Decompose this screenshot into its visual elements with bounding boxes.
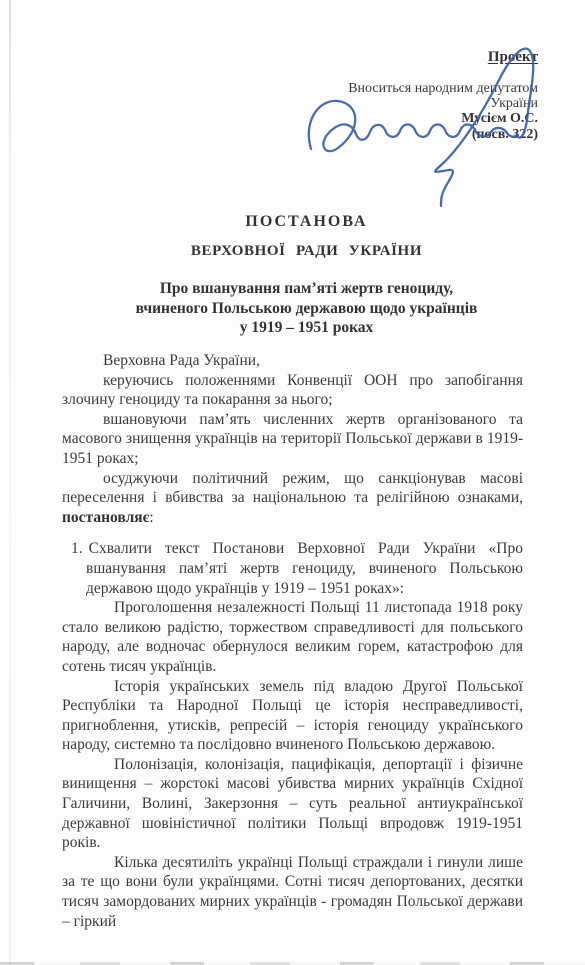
text-segment: Полонізація, колонізація, пацифікація, д… (62, 756, 523, 851)
document-body: Верховна Рада України,керуючись положенн… (62, 351, 523, 931)
paragraph: Кілька десятиліть українці Польщі стражд… (62, 853, 523, 931)
text-segment: вшановуючи пам’ять численних жертв орган… (62, 411, 523, 467)
text-segment: осуджуючи політичний режим, що санкціону… (62, 470, 523, 507)
text-segment: Верховна Рада України, (103, 352, 260, 369)
text-segment: : (149, 509, 153, 526)
scan-edge-left (9, 0, 11, 965)
text-segment: Схвалити текст Постанови Верховної Ради … (86, 540, 523, 596)
submission-line-1: Вноситься народним депутатом (348, 81, 538, 96)
paragraph: вшановуючи пам’ять численних жертв орган… (62, 410, 523, 469)
document-page: Проект Вноситься народним депутатом Укра… (0, 0, 585, 965)
text-segment: керуючись положеннями Конвенції ООН про … (62, 372, 523, 409)
paragraph: 1.Схвалити текст Постанови Верховної Рад… (86, 539, 523, 598)
draft-label: Проект (488, 49, 538, 66)
deputy-name: Мусієм О.С. (348, 111, 538, 126)
emphasized-text: постановляє (62, 509, 149, 526)
submission-line-2: України (348, 96, 538, 111)
paragraph: Історія українських земель під владою Др… (62, 677, 523, 755)
text-segment: Історія українських земель під владою Др… (62, 678, 523, 754)
paragraph: Верховна Рада України, (62, 351, 523, 371)
subject-line: Про вшанування пам’яті жертв геноциду, (28, 279, 585, 299)
paragraph: Проголошення незалежності Польщі 11 лист… (62, 598, 523, 676)
authority-title: ВЕРХОВНОЇ РАДИ УКРАЇНИ (28, 243, 585, 260)
document-subject: Про вшанування пам’яті жертв геноциду,вч… (28, 279, 585, 338)
deputy-credential: (посв. 322) (348, 127, 538, 142)
text-segment: Кілька десятиліть українці Польщі стражд… (62, 854, 523, 930)
paragraph: керуючись положеннями Конвенції ООН про … (62, 371, 523, 410)
paragraph: осуджуючи політичний режим, що санкціону… (62, 469, 523, 528)
text-segment: Проголошення незалежності Польщі 11 лист… (62, 599, 523, 675)
subject-line: вчиненого Польською державою щодо україн… (28, 299, 585, 319)
document-type-title: ПОСТАНОВА (28, 213, 585, 231)
list-number: 1. (71, 540, 83, 557)
subject-line: у 1919 – 1951 роках (28, 318, 585, 338)
paragraph: Полонізація, колонізація, пацифікація, д… (62, 755, 523, 853)
submission-block: Вноситься народним депутатом України Мус… (348, 81, 538, 142)
